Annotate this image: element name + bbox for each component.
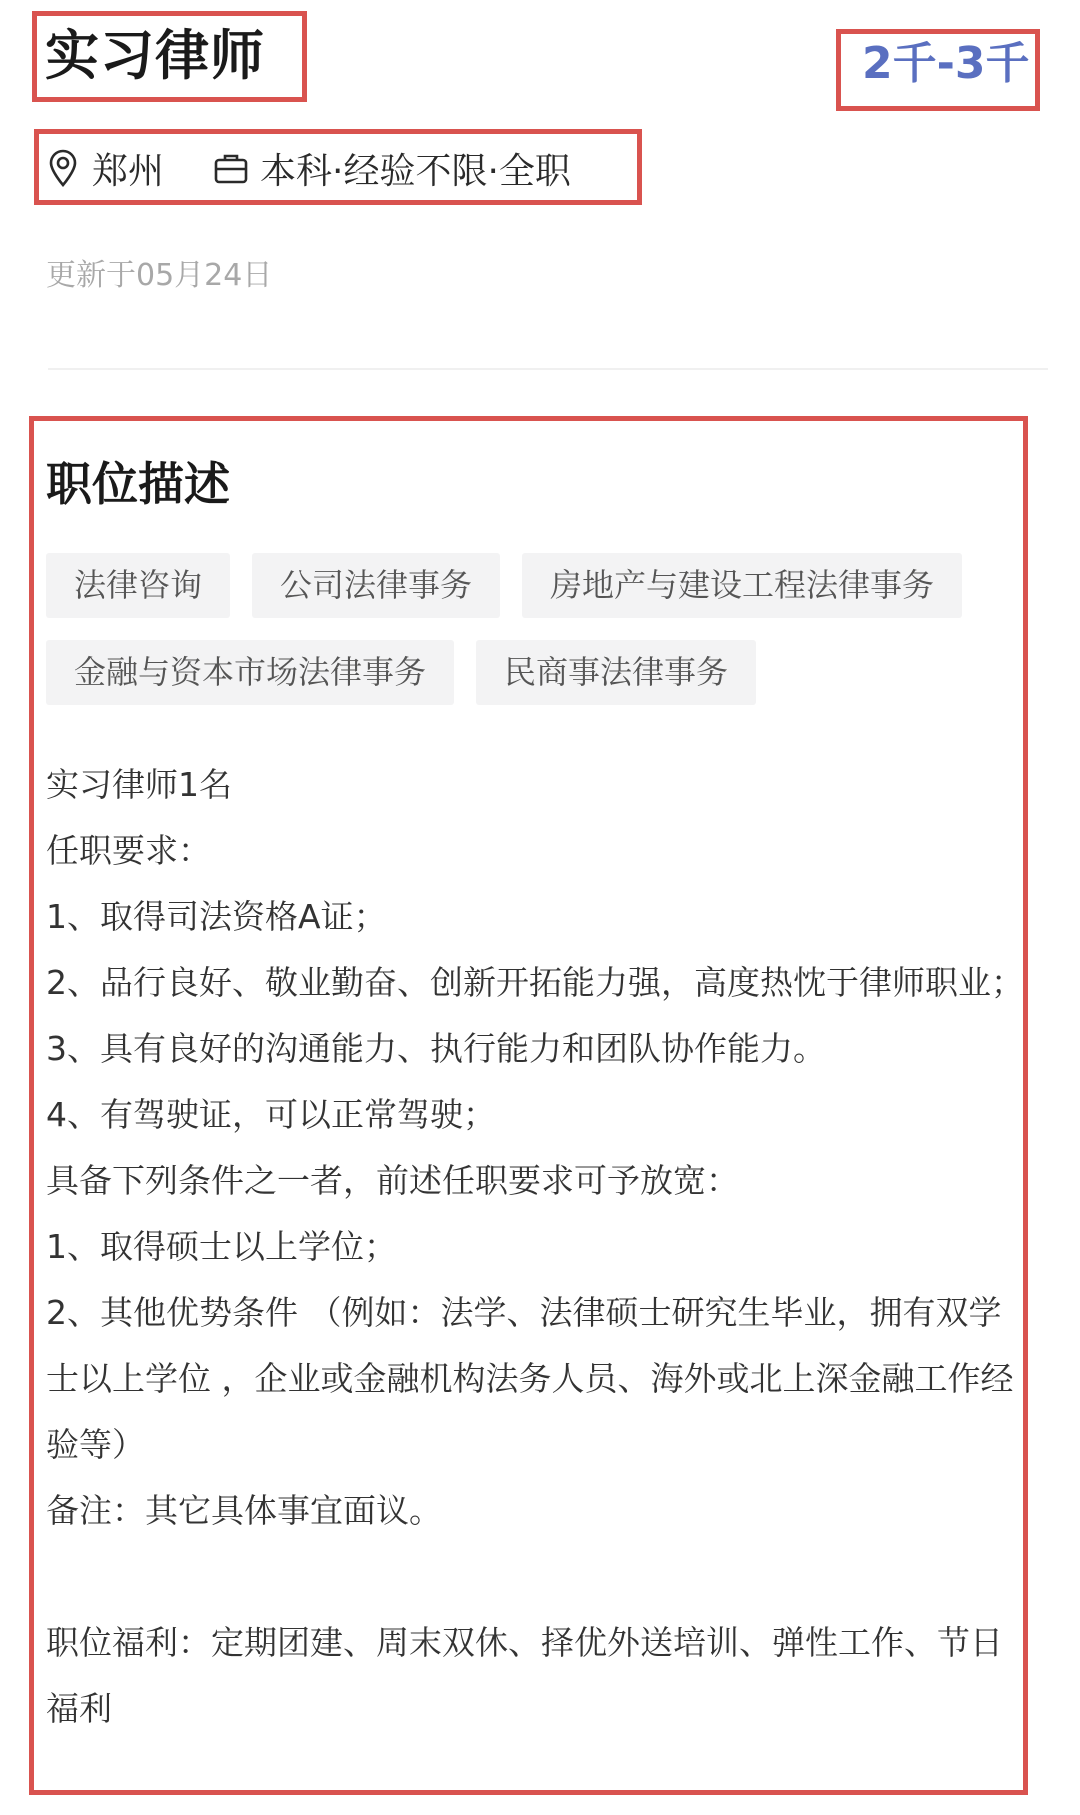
section-divider [48, 368, 1048, 370]
skill-tag[interactable]: 公司法律事务 [252, 553, 500, 618]
job-location: 郑州 [92, 143, 164, 194]
description-spacer [46, 1544, 1026, 1610]
skill-tag[interactable]: 法律咨询 [46, 553, 230, 618]
skill-tag[interactable]: 金融与资本市场法律事务 [46, 640, 454, 705]
description-line: 4、有驾驶证，可以正常驾驶； [46, 1082, 1026, 1148]
job-requirements-summary: 本科·经验不限·全职 [260, 143, 571, 194]
skill-tag[interactable]: 房地产与建设工程法律事务 [522, 553, 962, 618]
skill-tag[interactable]: 民商事法律事务 [476, 640, 756, 705]
description-line: 1、取得司法资格A证； [46, 884, 1026, 950]
description-line: 1、取得硕士以上学位； [46, 1214, 1026, 1280]
description-line: 2、品行良好、敬业勤奋、创新开拓能力强，高度热忱于律师职业； [46, 950, 1026, 1016]
job-title: 实习律师 [45, 24, 265, 88]
description-line: 2、其他优势条件 （例如：法学、法律硕士研究生毕业，拥有双学士以上学位 ，企业或… [46, 1280, 1026, 1478]
skill-tags: 法律咨询 公司法律事务 房地产与建设工程法律事务 金融与资本市场法律事务 民商事… [46, 553, 1006, 705]
description-line: 职位福利：定期团建、周末双休、择优外送培训、弹性工作、节日福利 [46, 1610, 1026, 1742]
description-heading: 职位描述 [46, 448, 230, 514]
description-body: 实习律师1名 任职要求： 1、取得司法资格A证； 2、品行良好、敬业勤奋、创新开… [46, 752, 1026, 1742]
job-meta: 郑州 本科·经验不限·全职 [46, 143, 571, 193]
description-line: 3、具有良好的沟通能力、执行能力和团队协作能力。 [46, 1016, 1026, 1082]
description-line: 备注：其它具体事宜面议。 [46, 1478, 1026, 1544]
description-line: 任职要求： [46, 818, 1026, 884]
description-line: 实习律师1名 [46, 752, 1026, 818]
briefcase-icon [214, 148, 248, 188]
location-pin-icon [46, 148, 80, 188]
updated-date: 更新于05月24日 [46, 250, 272, 294]
salary-range: 2千-3千 [862, 38, 1030, 90]
description-line: 具备下列条件之一者，前述任职要求可予放宽： [46, 1148, 1026, 1214]
